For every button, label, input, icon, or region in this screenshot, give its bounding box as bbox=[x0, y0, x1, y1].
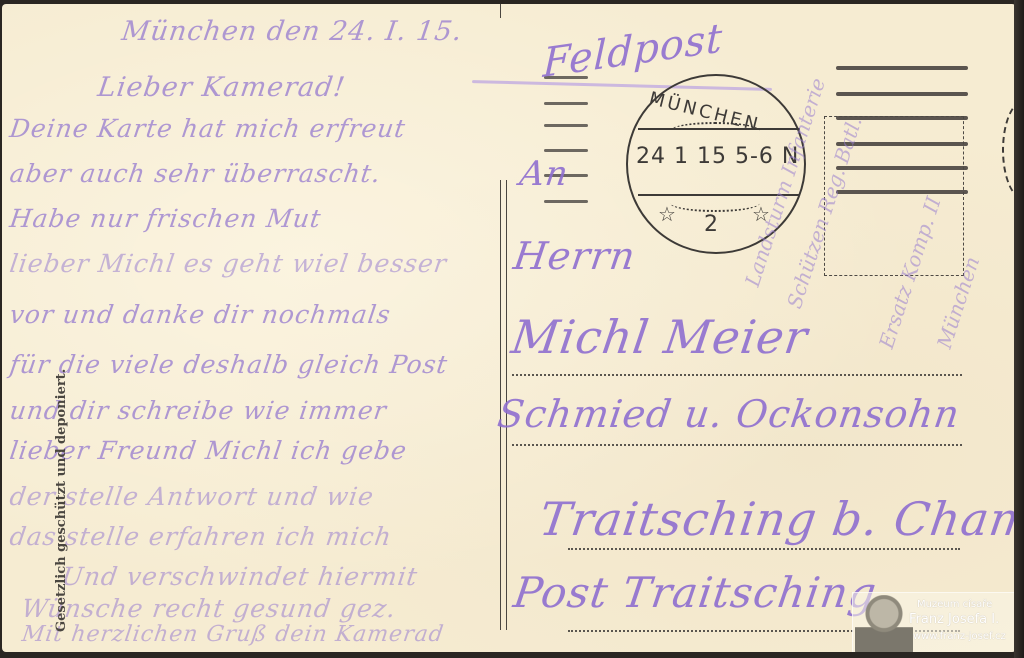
cancel-bar bbox=[836, 92, 968, 96]
address-post: Post Traitsching bbox=[511, 568, 880, 617]
cancel-bar bbox=[544, 124, 588, 127]
address-line-1 bbox=[512, 374, 962, 376]
star-icon: ☆ bbox=[658, 202, 676, 227]
letter-line-3: Habe nur frischen Mut bbox=[8, 204, 323, 233]
watermark-line-2: Franz Josefa I. bbox=[909, 612, 999, 627]
letter-line-6: für die viele deshalb gleich Post bbox=[8, 350, 450, 379]
address-line-2 bbox=[512, 444, 962, 446]
address-title: Herrn bbox=[511, 234, 639, 278]
address-to: An bbox=[517, 154, 571, 194]
museum-watermark: Muzeum císaře Franz Josefa I. www.franz-… bbox=[852, 592, 1016, 652]
cancel-bar bbox=[544, 102, 588, 105]
address-place: Traitsching b. Cham bbox=[536, 492, 1016, 546]
letter-line-2: aber auch sehr überrascht. bbox=[8, 159, 383, 188]
address-occupation: Schmied u. Ockonsohn bbox=[495, 392, 963, 436]
letter-line-1: Deine Karte hat mich erfreut bbox=[8, 114, 408, 143]
address-line-3 bbox=[568, 548, 960, 550]
letter-line-5: vor und danke dir nochmals bbox=[8, 300, 393, 329]
letter-line-11: Und verschwindet hiermit bbox=[60, 562, 420, 591]
letter-line-4: lieber Michl es geht wiel besser bbox=[8, 249, 449, 278]
address-name: Michl Meier bbox=[508, 310, 811, 364]
letter-dateline: München den 24. I. 15. bbox=[120, 16, 465, 47]
cancel-bar bbox=[836, 66, 968, 70]
copyright-notice: Gesetzlich geschützt und deponiert. bbox=[54, 369, 69, 632]
postcard: München den 24. I. 15. Lieber Kamerad! D… bbox=[2, 4, 1016, 652]
cancel-bar bbox=[544, 149, 588, 152]
emperor-portrait-icon bbox=[855, 595, 913, 652]
divider-top-tick bbox=[500, 4, 501, 18]
postmark-date: 24 1 15 5-6 N bbox=[636, 144, 799, 169]
postmark-arc-bottom bbox=[670, 194, 760, 212]
watermark-url: www.franz-josef.cz bbox=[913, 631, 1006, 642]
letter-salutation: Lieber Kamerad! bbox=[96, 72, 348, 103]
letter-line-13: Mit herzlichen Gruß dein Kamerad bbox=[20, 622, 445, 647]
scan-edge-right bbox=[1014, 0, 1024, 658]
postmark-office-number: 2 bbox=[704, 212, 718, 237]
letter-line-12: Wünsche recht gesund gez. bbox=[20, 594, 398, 623]
watermark-line-1: Muzeum císaře bbox=[917, 599, 992, 610]
cancel-bar bbox=[544, 200, 588, 203]
